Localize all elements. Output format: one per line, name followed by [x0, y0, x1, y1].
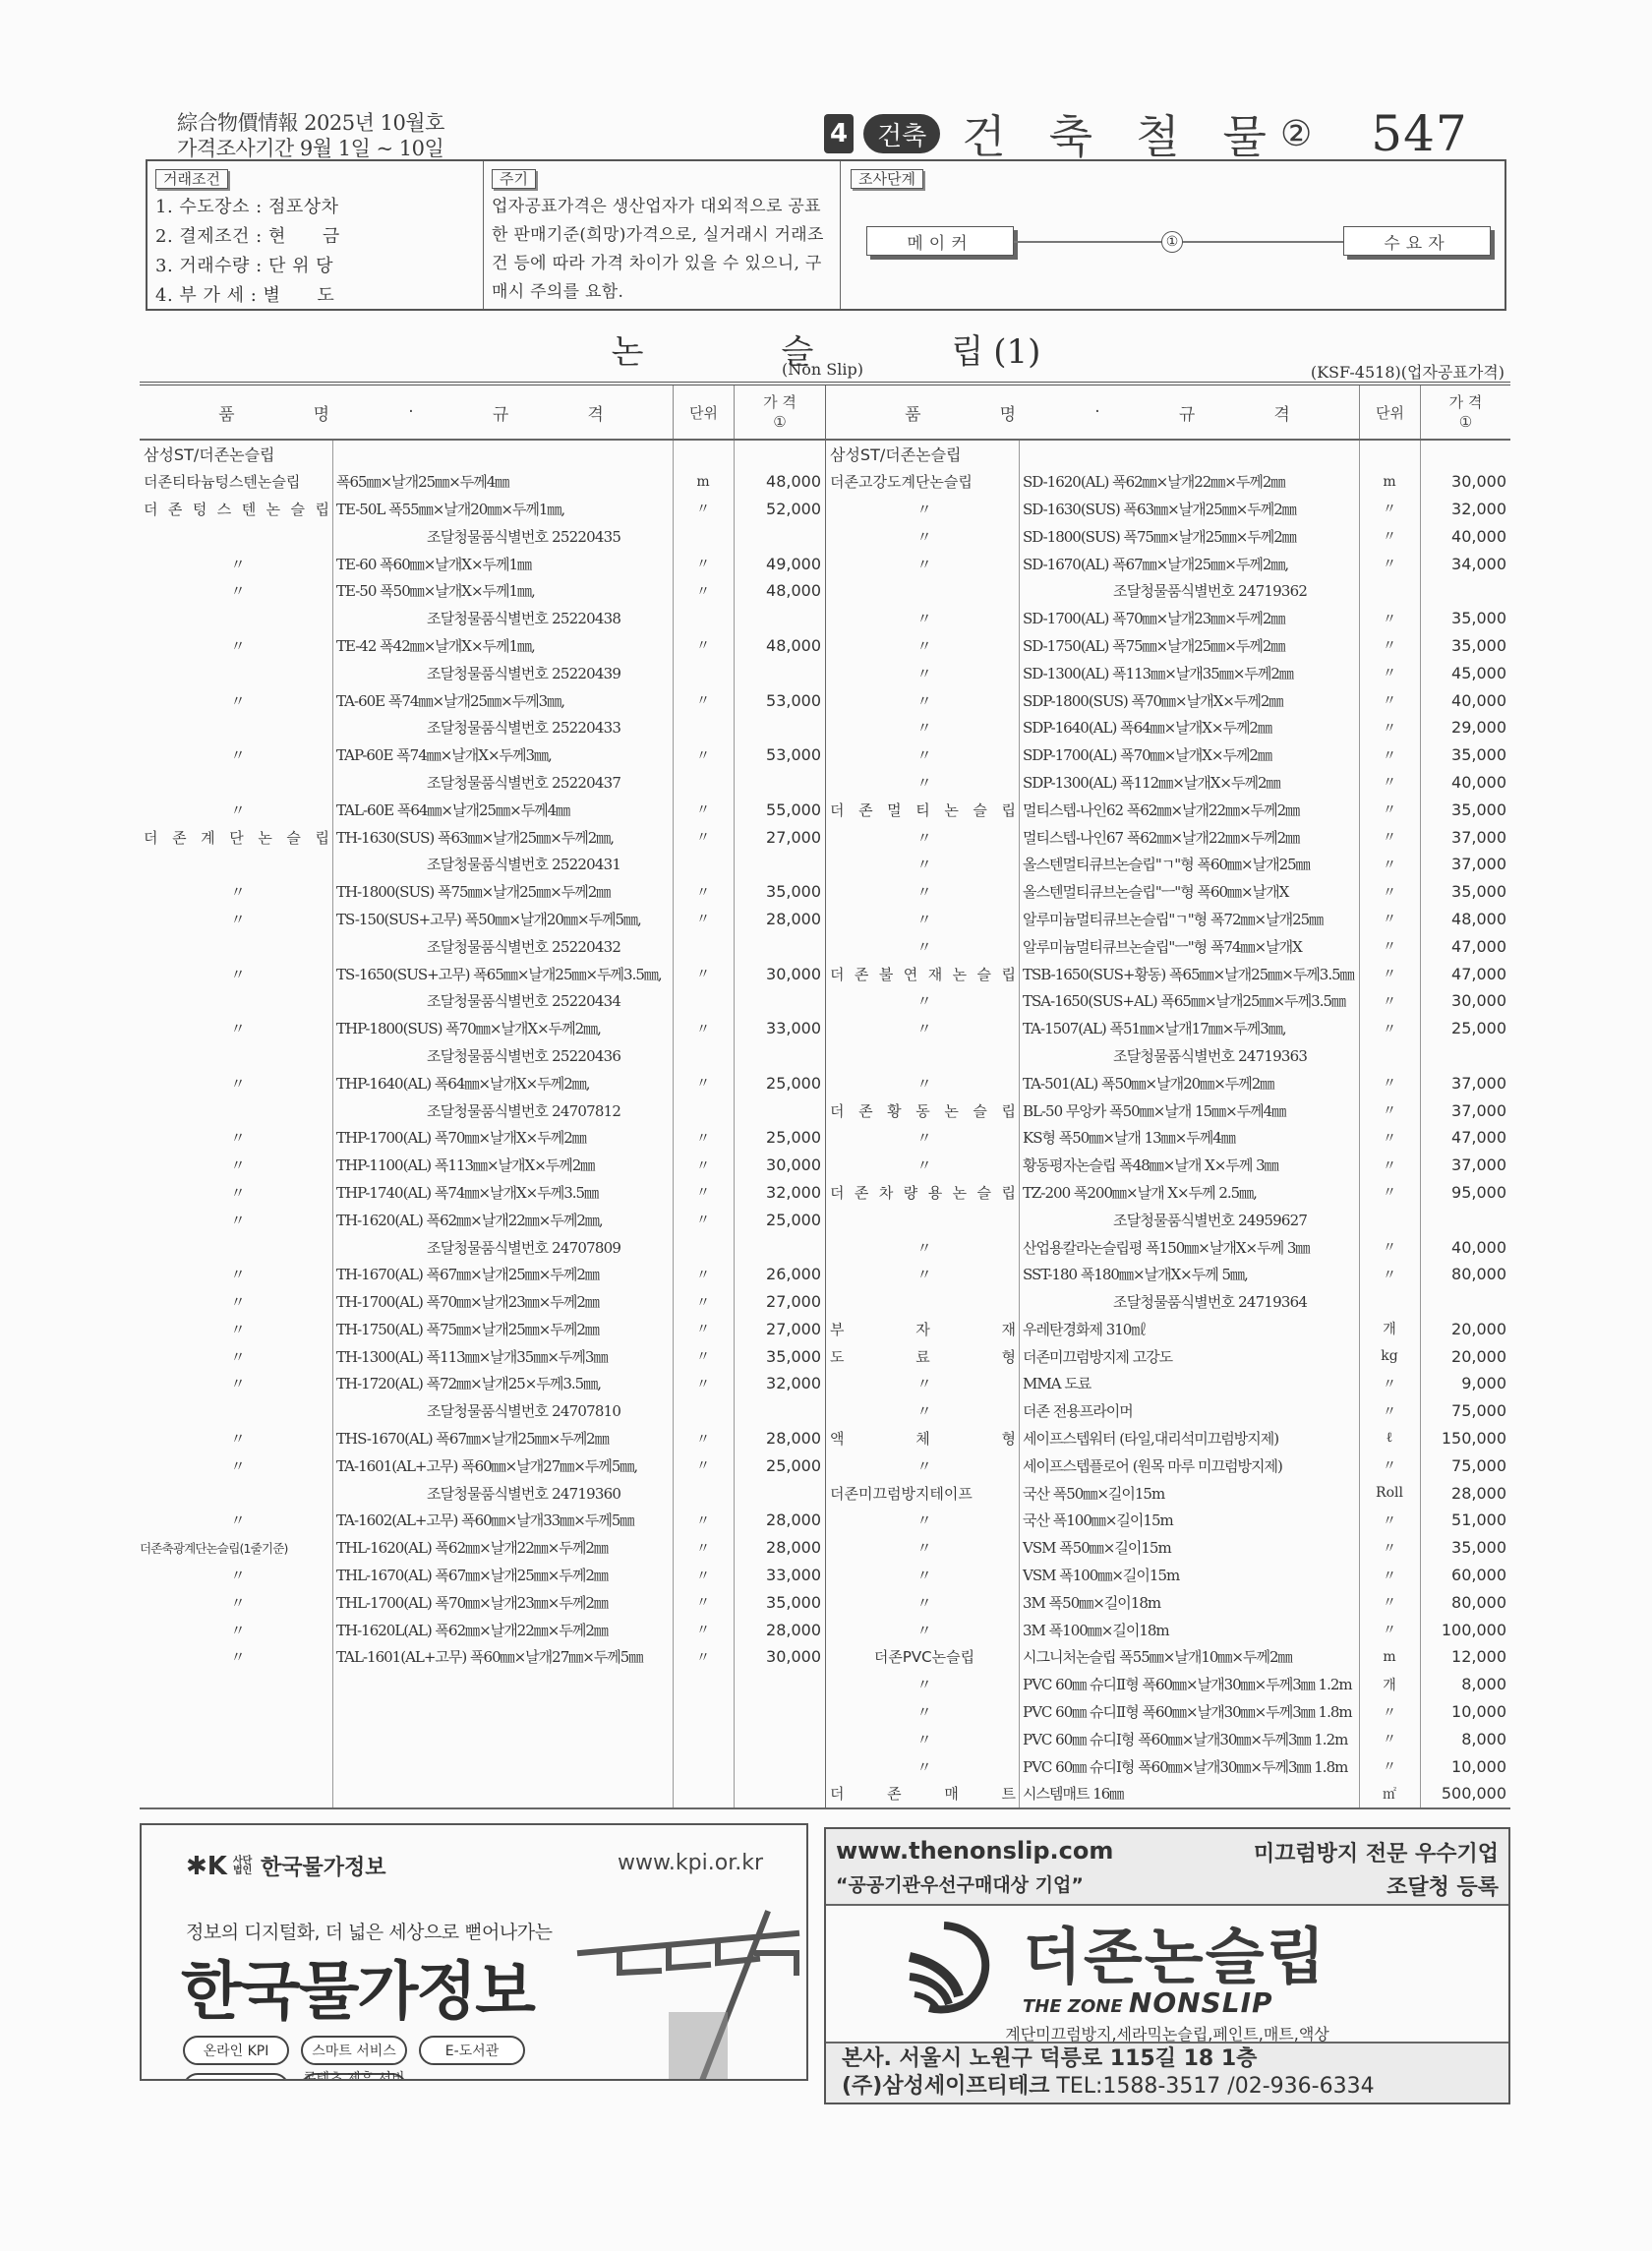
table-row: 〃국산 폭100㎜×길이15m〃51,000	[826, 1507, 1510, 1534]
table-row: 〃THP-1640(AL) 폭64㎜×날개X×두께2㎜,〃25,000	[140, 1069, 825, 1096]
item-unit: 〃	[1359, 1073, 1420, 1093]
table-row: 더존매트시스템매트 16㎜㎡500,000	[826, 1780, 1510, 1807]
table-row: 〃3M 폭100㎜×길이18m〃100,000	[826, 1616, 1510, 1643]
procurement-id: 조달청물품식별번호 25220437	[332, 772, 673, 793]
item-price: 48,000	[734, 636, 825, 655]
item-unit: 〃	[1359, 609, 1420, 628]
item-price: 27,000	[734, 1292, 825, 1311]
item-unit: 〃	[673, 1429, 734, 1449]
procurement-id-row: 조달청물품식별번호 24707809	[140, 1233, 825, 1261]
header-name-spec: 품 명 · 규 격	[140, 385, 673, 439]
stage-step-marker: ①	[1161, 231, 1183, 253]
item-price: 28,000	[734, 910, 825, 928]
table-row: 〃TH-1750(AL) 폭75㎜×날개25㎜×두께2㎜〃27,000	[140, 1316, 825, 1343]
table-row: 〃TA-60E 폭74㎜×날개25㎜×두께3㎜,〃53,000	[140, 686, 825, 714]
table-row: 〃TH-1720(AL) 폭72㎜×날개25×두께3.5㎜,〃32,000	[140, 1370, 825, 1397]
procurement-id-row: 조달청물품식별번호 24719364	[826, 1288, 1510, 1316]
table-row: 〃SD-1630(SUS) 폭63㎜×날개25㎜×두께2㎜〃32,000	[826, 496, 1510, 523]
item-spec: TZ-200 폭200㎜×날개 X×두께 2.5㎜,	[1019, 1182, 1359, 1203]
item-name: 더존고강도계단논슬립	[826, 471, 1019, 492]
item-name: 〃	[826, 1674, 1019, 1694]
survey-stage-label: 조사단계	[851, 169, 923, 189]
item-price: 35,000	[734, 1593, 825, 1612]
item-unit: 〃	[1359, 855, 1420, 874]
item-name: 〃	[826, 1237, 1019, 1258]
procurement-id-row: 조달청물품식별번호 24719362	[826, 577, 1510, 605]
header-name-spec: 품 명 · 규 격	[826, 385, 1359, 439]
item-name: 도료형	[826, 1346, 1019, 1367]
item-spec: TH-1750(AL) 폭75㎜×날개25㎜×두께2㎜	[332, 1319, 673, 1339]
item-price: 25,000	[734, 1074, 825, 1093]
item-spec: 3M 폭50㎜×길이18m	[1019, 1592, 1359, 1613]
kpi-service-button[interactable]: 스마트 서비스	[301, 2036, 407, 2065]
item-spec: TSB-1650(SUS+황동) 폭65㎜×날개25㎜×두께3.5㎜	[1019, 964, 1359, 984]
item-spec: TA-1601(AL+고무) 폭60㎜×날개27㎜×두께5㎜,	[332, 1455, 673, 1476]
item-name: 〃	[826, 1264, 1019, 1284]
item-spec: PVC 60㎜ 슈디Ⅱ형 폭60㎜×날개30㎜×두께3㎜ 1.2m	[1019, 1674, 1359, 1694]
kpi-logo: ✱K 사단법인 한국물가정보	[186, 1851, 385, 1881]
price-table-left: 품 명 · 규 격 단위 가 격 ① 삼성ST/더존논슬립더존티타늄텅스텐논슬립…	[140, 385, 825, 1807]
conditions-box: 거래조건 1. 수도장소 : 점포상차2. 결제조건 : 현 금3. 거래수량 …	[146, 159, 1506, 311]
item-price: 30,000	[734, 1155, 825, 1174]
table-row: 〃알루미늄멀티큐브논슬립"ㄱ"형 폭72㎜×날개25㎜〃48,000	[826, 906, 1510, 933]
item-price: 29,000	[1420, 718, 1510, 737]
item-unit: 〃	[673, 1455, 734, 1475]
table-row: 〃THL-1700(AL) 폭70㎜×날개23㎜×두께2㎜〃35,000	[140, 1588, 825, 1616]
item-unit: 〃	[673, 1073, 734, 1093]
nonslip-ad-contact: 본사. 서울시 노원구 덕릉로 115길 18 1층 (주)삼성세이프티테크 T…	[826, 2042, 1508, 2103]
header-price-label: 가 격	[1449, 392, 1483, 412]
item-spec: BL-50 무앙카 폭50㎜×날개 15㎜×두께4㎜	[1019, 1100, 1359, 1121]
item-unit: 〃	[673, 635, 734, 655]
table-row: 〃PVC 60㎜ 슈디Ⅰ형 폭60㎜×날개30㎜×두께3㎜ 1.8m〃10,00…	[826, 1752, 1510, 1780]
procurement-id-row: 조달청물품식별번호 25220436	[140, 1042, 825, 1070]
item-spec: THL-1620(AL) 폭62㎜×날개22㎜×두께2㎜	[332, 1537, 673, 1558]
price-table-right: 품 명 · 규 격 단위 가 격 ① 삼성ST/더존논슬립더존고강도계단논슬립S…	[825, 385, 1510, 1807]
table-row: 〃VSM 폭100㎜×길이15m〃60,000	[826, 1562, 1510, 1589]
item-price: 53,000	[734, 691, 825, 710]
table-row: 〃TA-1601(AL+고무) 폭60㎜×날개27㎜×두께5㎜,〃25,000	[140, 1451, 825, 1479]
item-spec: SD-1700(AL) 폭70㎜×날개23㎜×두께2㎜	[1019, 608, 1359, 628]
item-unit: 〃	[673, 745, 734, 765]
item-price: 8,000	[1420, 1730, 1510, 1748]
item-spec: SDP-1800(SUS) 폭70㎜×날개X×두께2㎜	[1019, 690, 1359, 711]
table-row: 〃SDP-1640(AL) 폭64㎜×날개X×두께2㎜〃29,000	[826, 714, 1510, 741]
table-row: 〃TH-1620L(AL) 폭62㎜×날개22㎜×두께2㎜〃28,000	[140, 1616, 825, 1643]
item-name: 〃	[826, 608, 1019, 628]
item-name: 〃	[826, 1510, 1019, 1530]
item-name: 〃	[826, 1592, 1019, 1613]
item-price: 28,000	[1420, 1484, 1510, 1503]
item-spec: 올스텐멀티큐브논슬립"ㄱ"형 폭60㎜×날개25㎜	[1019, 854, 1359, 874]
item-price: 47,000	[1420, 965, 1510, 983]
table-row: 〃TH-1800(SUS) 폭75㎜×날개25㎜×두께2㎜〃35,000	[140, 878, 825, 906]
table-row: 〃황동평자논슬립 폭48㎜×날개 X×두께 3㎜〃37,000	[826, 1152, 1510, 1179]
procurement-id-row: 조달청물품식별번호 25220431	[140, 851, 825, 878]
item-price: 25,000	[734, 1128, 825, 1147]
item-unit: 〃	[673, 964, 734, 983]
item-name: 〃	[140, 1592, 332, 1613]
item-unit: 〃	[1359, 936, 1420, 956]
table-row: 〃SD-1800(SUS) 폭75㎜×날개25㎜×두께2㎜〃40,000	[826, 522, 1510, 550]
item-price: 32,000	[1420, 500, 1510, 518]
procurement-id-row: 조달청물품식별번호 24719363	[826, 1042, 1510, 1070]
item-unit: 〃	[673, 1592, 734, 1612]
header-name-2: 명	[314, 400, 329, 425]
table-row: 〃TAP-60E 폭74㎜×날개X×두께3㎜,〃53,000	[140, 741, 825, 769]
kpi-url-link[interactable]: www.kpi.or.kr	[618, 1851, 763, 1875]
item-price: 10,000	[1420, 1757, 1510, 1776]
item-unit: 〃	[1359, 1538, 1420, 1558]
item-unit: 〃	[673, 1511, 734, 1530]
item-name: 〃	[826, 663, 1019, 683]
item-unit: m	[1359, 1649, 1420, 1665]
header-name-1: 품	[218, 400, 234, 425]
item-unit: 〃	[1359, 772, 1420, 792]
item-price: 37,000	[1420, 1101, 1510, 1120]
table-row: 〃THL-1670(AL) 폭67㎜×날개25㎜×두께2㎜〃33,000	[140, 1562, 825, 1589]
trade-conditions-label: 거래조건	[155, 169, 228, 189]
item-name: 더존티타늄텅스텐논슬립	[140, 471, 332, 492]
procurement-id-row: 조달청물품식별번호 25220433	[140, 714, 825, 741]
item-unit: 〃	[673, 1128, 734, 1148]
item-price: 28,000	[734, 1621, 825, 1639]
item-unit: 〃	[673, 1374, 734, 1393]
table-row: 〃TA-1507(AL) 폭51㎜×날개17㎜×두께3㎜,〃25,000	[826, 1015, 1510, 1042]
procurement-id-row: 조달청물품식별번호 24707810	[140, 1397, 825, 1425]
header-spec-1: 규	[493, 400, 508, 425]
table-row: 〃TH-1670(AL) 폭67㎜×날개25㎜×두께2㎜〃26,000	[140, 1261, 825, 1288]
kpi-logo-text: 한국물가정보	[261, 1851, 386, 1881]
item-unit: 〃	[1359, 1566, 1420, 1585]
item-name: 더존멀티논슬립	[826, 800, 1019, 820]
item-price: 150,000	[1420, 1429, 1510, 1448]
item-name: 〃	[140, 1127, 332, 1148]
procurement-id: 조달청물품식별번호 24707812	[332, 1100, 673, 1121]
item-name: 〃	[826, 1073, 1019, 1094]
item-name: 〃	[826, 499, 1019, 519]
item-price: 53,000	[734, 745, 825, 764]
table-row: 〃TE-50 폭50㎜×날개X×두께1㎜,〃48,000	[140, 577, 825, 605]
procurement-id: 조달청물품식별번호 24719362	[1019, 580, 1359, 601]
item-unit: 〃	[1359, 663, 1420, 682]
item-price: 35,000	[1420, 609, 1510, 627]
item-price: 26,000	[734, 1265, 825, 1283]
item-name: 〃	[140, 1073, 332, 1094]
table-row: 〃더존 전용프라이머〃75,000	[826, 1397, 1510, 1425]
item-name: 〃	[826, 1620, 1019, 1640]
item-name: 〃	[140, 964, 332, 984]
item-name: 더존매트	[826, 1783, 1019, 1804]
item-price: 60,000	[1420, 1566, 1510, 1584]
item-price: 35,000	[1420, 1538, 1510, 1557]
item-unit: 〃	[673, 1620, 734, 1639]
item-unit: 〃	[1359, 526, 1420, 546]
item-unit: 〃	[1359, 1155, 1420, 1175]
procurement-id-row: 조달청물품식별번호 25220434	[140, 987, 825, 1015]
item-price: 51,000	[1420, 1511, 1510, 1529]
kpi-service-button[interactable]: E-도서관	[419, 2036, 525, 2065]
section-title-number: (1)	[993, 332, 1040, 372]
table-row: 〃멀티스텝-나인67 폭62㎜×날개22㎜×두께2㎜〃37,000	[826, 823, 1510, 851]
procurement-id: 조달청물품식별번호 25220434	[332, 990, 673, 1011]
procurement-id: 조달청물품식별번호 25220436	[332, 1045, 673, 1066]
category-badge: 건축	[863, 114, 940, 153]
table-row: 더존미끄럼방지테이프국산 폭50㎜×길이15mRoll28,000	[826, 1479, 1510, 1507]
item-name: 〃	[826, 1756, 1019, 1777]
item-price: 34,000	[1420, 555, 1510, 573]
item-price: 20,000	[1420, 1320, 1510, 1338]
table-row: 〃SDP-1300(AL) 폭112㎜×날개X×두께2㎜〃40,000	[826, 769, 1510, 797]
item-unit: 〃	[673, 1538, 734, 1558]
item-unit: 〃	[673, 581, 734, 601]
item-name: 더존축광계단논슬립(1줄기준)	[140, 1539, 332, 1557]
item-unit: 〃	[1359, 1620, 1420, 1639]
note-section: 주기 업자공표가격은 생산업자가 대외적으로 공표한 판매기준(희망)가격으로,…	[483, 161, 840, 309]
item-unit: 〃	[673, 1346, 734, 1366]
item-spec: TAP-60E 폭74㎜×날개X×두께3㎜,	[332, 744, 673, 765]
table-row: 도료형더존미끄럼방지제 고강도kg20,000	[826, 1342, 1510, 1370]
trade-condition-item: 3. 거래수량 : 단 위 당	[155, 252, 483, 281]
item-price: 500,000	[1420, 1784, 1510, 1803]
table-body-right: 삼성ST/더존논슬립더존고강도계단논슬립SD-1620(AL) 폭62㎜×날개2…	[826, 441, 1510, 1807]
item-unit: 〃	[673, 1210, 734, 1229]
item-price: 33,000	[734, 1019, 825, 1037]
trade-condition-item: 1. 수도장소 : 점포상차	[155, 193, 483, 222]
nonslip-swoosh-logo-icon	[905, 1918, 1003, 2016]
item-unit: 〃	[1359, 635, 1420, 655]
procurement-id: 조달청물품식별번호 24719363	[1019, 1045, 1359, 1066]
section-subtitle: (Non Slip)	[782, 360, 863, 379]
kpi-service-button[interactable]: KPI-DPS	[183, 2073, 289, 2081]
item-price: 75,000	[1420, 1401, 1510, 1420]
item-name: 〃	[140, 1210, 332, 1230]
item-name: 〃	[826, 854, 1019, 874]
item-price: 8,000	[1420, 1675, 1510, 1693]
item-unit: 〃	[1359, 909, 1420, 928]
item-name: 〃	[140, 800, 332, 820]
item-name: 〃	[140, 1264, 332, 1284]
item-price: 30,000	[734, 965, 825, 983]
kpi-logo-small: 사단법인	[233, 1857, 255, 1876]
header-price-label: 가 격	[763, 392, 796, 412]
item-unit: 〃	[1359, 554, 1420, 573]
item-name: 〃	[826, 1127, 1019, 1148]
nonslip-phone: TEL:1588-3517 /02-936-6334	[1049, 2074, 1374, 2099]
item-unit: 〃	[673, 1647, 734, 1667]
item-name: 〃	[140, 1291, 332, 1312]
table-row: 〃THP-1800(SUS) 폭70㎜×날개X×두께2㎜,〃33,000	[140, 1015, 825, 1042]
survey-stage: 조사단계 메이커 ① 수요자	[840, 161, 1504, 309]
trade-conditions-list: 1. 수도장소 : 점포상차2. 결제조건 : 현 금3. 거래수량 : 단 위…	[155, 193, 483, 311]
table-row: 〃PVC 60㎜ 슈디Ⅰ형 폭60㎜×날개30㎜×두께3㎜ 1.2m〃8,000	[826, 1725, 1510, 1752]
item-spec: SD-1620(AL) 폭62㎜×날개22㎜×두께2㎜	[1019, 471, 1359, 492]
item-name: 〃	[826, 990, 1019, 1011]
item-spec: TH-1720(AL) 폭72㎜×날개25×두께3.5㎜,	[332, 1373, 673, 1393]
item-price: 40,000	[1420, 773, 1510, 792]
item-unit: kg	[1359, 1348, 1420, 1364]
item-unit: 〃	[673, 1155, 734, 1175]
item-price: 20,000	[1420, 1347, 1510, 1366]
stage-flow-diagram: 메이커 ① 수요자	[866, 226, 1496, 256]
item-spec: 올스텐멀티큐브논슬립"ㅡ"형 폭60㎜×날개X	[1019, 881, 1359, 902]
item-spec: 폭65㎜×날개25㎜×두께4㎜	[332, 471, 673, 492]
kpi-service-button[interactable]: 온라인 KPI	[183, 2036, 289, 2065]
item-spec: TS-150(SUS+고무) 폭50㎜×날개20㎜×두께5㎜,	[332, 909, 673, 929]
item-name: 〃	[140, 1319, 332, 1339]
item-spec: TA-60E 폭74㎜×날개25㎜×두께3㎜,	[332, 690, 673, 711]
publication-title: 綜合物價情報 2025년 10월호	[177, 110, 444, 136]
table-row: 〃SD-1300(AL) 폭113㎜×날개35㎜×두께2㎜〃45,000	[826, 659, 1510, 686]
item-name: 〃	[140, 1155, 332, 1175]
item-price: 40,000	[1420, 691, 1510, 710]
item-name: 〃	[140, 881, 332, 902]
item-price: 80,000	[1420, 1265, 1510, 1283]
procurement-id: 조달청물품식별번호 25220432	[332, 936, 673, 957]
kpi-k-icon: ✱K	[186, 1852, 227, 1881]
table-row: 더존티타늄텅스텐논슬립폭65㎜×날개25㎜×두께4㎜m48,000	[140, 468, 825, 496]
item-name: 〃	[826, 526, 1019, 547]
standard-note: (KSF-4518)(업자공표가격)	[1311, 360, 1504, 383]
nonslip-brand-english: THE ZONE NONSLIP	[1023, 1986, 1273, 2019]
item-spec: PVC 60㎜ 슈디Ⅰ형 폭60㎜×날개30㎜×두께3㎜ 1.2m	[1019, 1729, 1359, 1749]
item-spec: 국산 폭50㎜×길이15m	[1019, 1483, 1359, 1504]
item-unit: 〃	[1359, 1401, 1420, 1421]
note-label: 주기	[492, 169, 536, 189]
item-name: 〃	[826, 827, 1019, 848]
item-name: 더존황동논슬립	[826, 1100, 1019, 1121]
header-price-step: ①	[773, 412, 786, 432]
trade-condition-item: 2. 결제조건 : 현 금	[155, 222, 483, 252]
trade-condition-item: 4. 부 가 세 : 별 도	[155, 281, 483, 311]
item-name: 〃	[140, 1373, 332, 1393]
item-spec: TS-1650(SUS+고무) 폭65㎜×날개25㎜×두께3.5㎜,	[332, 964, 673, 984]
item-name: 〃	[826, 554, 1019, 574]
procurement-id: 조달청물품식별번호 25220433	[332, 717, 673, 738]
kpi-service-button[interactable]: 콘텐츠 제휴 서비스	[301, 2073, 407, 2081]
item-spec: THP-1800(SUS) 폭70㎜×날개X×두께2㎜,	[332, 1018, 673, 1038]
stage-maker-box: 메이커	[866, 226, 1014, 256]
table-row: 〃산업용칼라논슬립평 폭150㎜×날개X×두께 3㎜〃40,000	[826, 1233, 1510, 1261]
table-row: 〃TE-42 폭42㎜×날개X×두께1㎜,〃48,000	[140, 632, 825, 660]
item-spec: TH-1620L(AL) 폭62㎜×날개22㎜×두께2㎜	[332, 1620, 673, 1640]
item-spec: THL-1670(AL) 폭67㎜×날개25㎜×두께2㎜	[332, 1565, 673, 1585]
table-row: 더존불연재논슬립TSB-1650(SUS+황동) 폭65㎜×날개25㎜×두께3.…	[826, 960, 1510, 987]
item-unit: 〃	[673, 499, 734, 518]
table-row: 〃TH-1700(AL) 폭70㎜×날개23㎜×두께2㎜〃27,000	[140, 1288, 825, 1316]
table-row: 더존멀티논슬립멀티스텝-나인62 폭62㎜×날개22㎜×두께2㎜〃35,000	[826, 796, 1510, 823]
item-name: 〃	[826, 936, 1019, 957]
item-spec: SD-1800(SUS) 폭75㎜×날개25㎜×두께2㎜	[1019, 526, 1359, 547]
item-price: 37,000	[1420, 1074, 1510, 1093]
table-row: 더존축광계단논슬립(1줄기준)THL-1620(AL) 폭62㎜×날개22㎜×두…	[140, 1534, 825, 1562]
table-row: 〃TA-1602(AL+고무) 폭60㎜×날개33㎜×두께5㎜〃28,000	[140, 1507, 825, 1534]
item-spec: TAL-1601(AL+고무) 폭60㎜×날개27㎜×두께5㎜	[332, 1646, 673, 1667]
item-spec: 알루미늄멀티큐브논슬립"ㄱ"형 폭72㎜×날개25㎜	[1019, 909, 1359, 929]
item-price: 25,000	[1420, 1019, 1510, 1037]
item-spec: 시그니처논슬립 폭55㎜×날개10㎜×두께2㎜	[1019, 1646, 1359, 1667]
table-row: 〃THP-1740(AL) 폭74㎜×날개X×두께3.5㎜〃32,000	[140, 1179, 825, 1207]
item-name: 〃	[140, 744, 332, 765]
procurement-id: 조달청물품식별번호 24719364	[1019, 1291, 1359, 1312]
procurement-id: 조달청물품식별번호 25220439	[332, 663, 673, 683]
item-spec: TA-501(AL) 폭50㎜×날개20㎜×두께2㎜	[1019, 1073, 1359, 1094]
table-row: 더존고강도계단논슬립SD-1620(AL) 폭62㎜×날개22㎜×두께2㎜m30…	[826, 468, 1510, 496]
item-price: 35,000	[1420, 882, 1510, 901]
item-spec: 산업용칼라논슬립평 폭150㎜×날개X×두께 3㎜	[1019, 1237, 1359, 1258]
item-spec: 멀티스텝-나인67 폭62㎜×날개22㎜×두께2㎜	[1019, 827, 1359, 848]
item-name: 〃	[826, 717, 1019, 738]
nonslip-brand-en-nonslip: NONSLIP	[1129, 1986, 1273, 2019]
item-unit: 〃	[1359, 1265, 1420, 1284]
item-name: 〃	[826, 1400, 1019, 1421]
item-name: 더존계단논슬립	[140, 827, 332, 848]
table-row: 〃TAL-1601(AL+고무) 폭60㎜×날개27㎜×두께5㎜〃30,000	[140, 1643, 825, 1671]
item-price: 28,000	[734, 1511, 825, 1529]
table-row: 〃3M 폭50㎜×길이18m〃80,000	[826, 1588, 1510, 1616]
table-row: 〃THP-1700(AL) 폭70㎜×날개X×두께2㎜〃25,000	[140, 1124, 825, 1152]
item-price: 27,000	[734, 1320, 825, 1338]
item-unit: 〃	[1359, 1511, 1420, 1530]
item-price: 35,000	[1420, 636, 1510, 655]
table-row: 더존계단논슬립TH-1630(SUS) 폭63㎜×날개25㎜×두께2㎜,〃27,…	[140, 823, 825, 851]
item-spec: TA-1507(AL) 폭51㎜×날개17㎜×두께3㎜,	[1019, 1018, 1359, 1038]
item-spec: TSA-1650(SUS+AL) 폭65㎜×날개25㎜×두께3.5㎜	[1019, 990, 1359, 1011]
nonslip-url-link[interactable]: www.thenonslip.com	[836, 1837, 1113, 1865]
item-spec: SST-180 폭180㎜×날개X×두께 5㎜,	[1019, 1264, 1359, 1284]
item-spec: PVC 60㎜ 슈디Ⅰ형 폭60㎜×날개30㎜×두께3㎜ 1.8m	[1019, 1756, 1359, 1777]
table-header: 품 명 · 규 격 단위 가 격 ①	[140, 385, 825, 441]
kpi-headline: 한국물가정보	[181, 1941, 534, 2032]
table-row: 더존차량용논슬립TZ-200 폭200㎜×날개 X×두께 2.5㎜,〃95,00…	[826, 1179, 1510, 1207]
item-spec: 시스템매트 16㎜	[1019, 1783, 1359, 1804]
nonslip-ad-brand: 더존논슬립 THE ZONE NONSLIP 계단미끄럼방지,세라믹논슬립,페인…	[826, 1906, 1508, 2044]
item-name: 〃	[140, 1565, 332, 1585]
table-row: 〃KS형 폭50㎜×날개 13㎜×두께4㎜〃47,000	[826, 1124, 1510, 1152]
item-price: 35,000	[1420, 745, 1510, 764]
item-unit: 〃	[673, 1319, 734, 1338]
item-price: 28,000	[734, 1429, 825, 1448]
item-name: 〃	[140, 1182, 332, 1203]
table-row: 〃TAL-60E 폭64㎜×날개25㎜×두께4㎜〃55,000	[140, 796, 825, 823]
item-spec: TE-50L 폭55㎜×날개20㎜×두께1㎜,	[332, 499, 673, 519]
item-price: 80,000	[1420, 1593, 1510, 1612]
item-spec: 세이프스텝플로어 (원목 마루 미끄럼방지제)	[1019, 1455, 1359, 1476]
item-price: 47,000	[1420, 1128, 1510, 1147]
item-spec: TH-1800(SUS) 폭75㎜×날개25㎜×두께2㎜	[332, 881, 673, 902]
item-unit: 〃	[1359, 882, 1420, 902]
item-spec: TE-50 폭50㎜×날개X×두께1㎜,	[332, 580, 673, 601]
item-unit: 〃	[1359, 1182, 1420, 1202]
item-price: 28,000	[734, 1538, 825, 1557]
nonslip-brand-en-the-zone: THE ZONE	[1023, 1996, 1129, 2017]
item-price: 32,000	[734, 1183, 825, 1202]
item-name: 〃	[826, 772, 1019, 793]
item-unit: 개	[1359, 1319, 1420, 1338]
header-dot: ·	[1094, 402, 1099, 422]
item-name: 〃	[140, 580, 332, 601]
item-price: 52,000	[734, 500, 825, 518]
item-spec: PVC 60㎜ 슈디Ⅱ형 폭60㎜×날개30㎜×두께3㎜ 1.8m	[1019, 1701, 1359, 1722]
kpi-advertisement: ✱K 사단법인 한국물가정보 www.kpi.or.kr 정보의 디지털화, 더…	[140, 1823, 808, 2081]
table-row: 부자재우레탄경화제 310㎖개20,000	[826, 1316, 1510, 1343]
procurement-id-row: 조달청물품식별번호 25220432	[140, 932, 825, 960]
item-spec: TE-60 폭60㎜×날개X×두께1㎜	[332, 554, 673, 574]
item-name: 더존텅스텐논슬립	[140, 499, 332, 519]
item-spec: 우레탄경화제 310㎖	[1019, 1319, 1359, 1339]
nonslip-slogan: “공공기관우선구매대상 기업”	[836, 1870, 1084, 1897]
item-unit: 〃	[1359, 1455, 1420, 1475]
